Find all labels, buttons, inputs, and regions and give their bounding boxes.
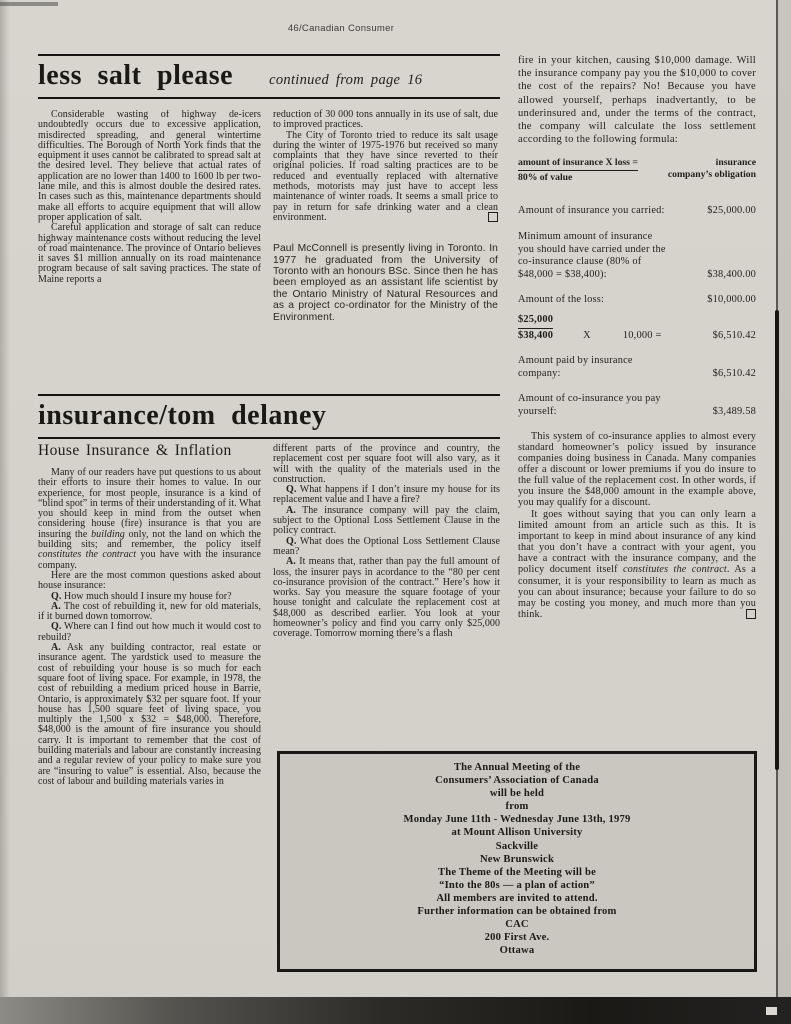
formula-result-line: insurance: [668, 157, 756, 169]
salt-article-title: less salt please: [38, 59, 233, 92]
calc-row: Amount of the loss: $10,000.00: [518, 294, 756, 307]
announcement-line: CAC: [280, 918, 754, 931]
article-paragraph: fire in your kitchen, causing $10,000 da…: [518, 54, 756, 146]
insurance-right-column: fire in your kitchen, causing $10,000 da…: [518, 54, 756, 620]
calc-value: $3,489.58: [713, 406, 756, 419]
answer-paragraph: A. Ask any building contractor, real est…: [38, 643, 261, 787]
announcement-line: All members are invited to attend.: [280, 892, 754, 905]
calc-row: Amount of co-insurance you pay yourself:…: [518, 393, 756, 418]
article-last-paragraph: It goes without saying that you can only…: [518, 509, 756, 621]
insurance-article-subtitle: House Insurance & Inflation: [38, 442, 232, 460]
calc-label: Amount paid by insurance company:: [518, 355, 670, 380]
announcement-line: “Into the 80s — a plan of action”: [280, 879, 754, 892]
article-paragraph: different parts of the province and coun…: [273, 444, 500, 485]
calc-value: $6,510.42: [713, 330, 756, 343]
article-paragraph: It goes without saying that you can only…: [518, 509, 756, 621]
continued-from-note: continued from page 16: [269, 72, 422, 89]
announcement-line: 200 First Ave.: [280, 931, 754, 944]
calc-value: $25,000.00: [707, 205, 756, 218]
formula-denominator: 80% of value: [518, 171, 638, 184]
multiply-sign: X: [583, 330, 591, 343]
question-paragraph: Q. What does the Optional Loss Settlemen…: [273, 537, 500, 558]
article-paragraph: Here are the most common questions asked…: [38, 571, 261, 592]
salt-article-column-2: reduction of 30 000 tons annually in its…: [273, 110, 498, 323]
scan-edge-dark-mark: [775, 310, 779, 770]
scan-corner-mark: [0, 2, 58, 6]
article-paragraph: reduction of 30 000 tons annually in its…: [273, 110, 498, 131]
answer-paragraph: A. The cost of rebuilding it, new for ol…: [38, 602, 261, 623]
article-paragraph: Considerable wasting of highway de-icers…: [38, 110, 261, 223]
calc-label: Amount of the loss:: [518, 294, 670, 307]
announcement-line: Further information can be obtained from: [280, 905, 754, 918]
calc-value: $6,510.42: [713, 368, 756, 381]
insurance-column-2: different parts of the province and coun…: [273, 444, 500, 640]
calc-label: Amount of insurance you carried:: [518, 205, 670, 218]
salt-article-column-1: Considerable wasting of highway de-icers…: [38, 110, 261, 285]
fraction-multiplicand: 10,000 =: [623, 330, 662, 343]
formula-result: insurance company’s obligation: [668, 157, 756, 181]
page-header: 46/Canadian Consumer: [231, 23, 451, 34]
announcement-line: Sackville: [280, 840, 754, 853]
article-last-paragraph: The City of Toronto tried to reduce its …: [273, 131, 498, 224]
insurance-column-1: Many of our readers have put questions t…: [38, 468, 261, 787]
salt-article-header: less salt please continued from page 16: [38, 54, 500, 99]
formula-fraction: amount of insurance X loss = 80% of valu…: [518, 157, 638, 184]
end-of-article-marker: [488, 212, 498, 222]
calc-row: Minimum amount of insurance you should h…: [518, 231, 756, 281]
scan-edge-bottom-band: [0, 997, 791, 1024]
announcement-line: will be held: [280, 787, 754, 800]
question-paragraph: Q. Where can I find out how much it woul…: [38, 622, 261, 643]
calc-row: Amount of insurance you carried: $25,000…: [518, 205, 756, 218]
fraction-numerator: $25,000: [518, 314, 553, 329]
scan-edge-notch: [766, 1007, 777, 1015]
author-bio: Paul McConnell is presently living in To…: [273, 243, 498, 323]
closing-paragraphs: This system of co-insurance applies to a…: [518, 431, 756, 621]
article-paragraph: This system of co-insurance applies to a…: [518, 431, 756, 509]
announcement-line: from: [280, 800, 754, 813]
article-paragraph: Careful application and storage of salt …: [38, 223, 261, 285]
answer-paragraph: A. The insurance company will pay the cl…: [273, 506, 500, 537]
annual-meeting-announcement: The Annual Meeting of the Consumers’ Ass…: [277, 751, 757, 972]
announcement-line: Monday June 11th - Wednesday June 13th, …: [280, 813, 754, 826]
question-paragraph: Q. What happens if I don’t insure my hou…: [273, 485, 500, 506]
calc-fraction: $25,000 $38,400: [518, 314, 553, 342]
fraction-denominator: $38,400: [518, 329, 553, 343]
scan-edge-left-shade: [0, 0, 10, 997]
formula-numerator: amount of insurance X loss =: [518, 157, 638, 171]
insurance-article-header: insurance/tom delaney: [38, 394, 500, 439]
calc-value: $10,000.00: [707, 294, 756, 307]
announcement-line: The Theme of the Meeting will be: [280, 866, 754, 879]
calc-label: Amount of co-insurance you pay yourself:: [518, 393, 670, 418]
co-insurance-formula: amount of insurance X loss = 80% of valu…: [518, 157, 756, 184]
announcement-line: at Mount Allison University: [280, 826, 754, 839]
announcement-line: The Annual Meeting of the: [280, 761, 754, 774]
scan-edge-right-shade: [778, 0, 791, 997]
article-paragraph: The City of Toronto tried to reduce its …: [273, 131, 498, 224]
announcement-line: New Brunswick: [280, 853, 754, 866]
article-paragraph: Many of our readers have put questions t…: [38, 468, 261, 571]
calc-fraction-row: $25,000 $38,400 X 10,000 = $6,510.42: [518, 314, 756, 342]
end-of-article-marker: [746, 609, 756, 619]
calc-value: $38,400.00: [707, 269, 756, 282]
calc-row: Amount paid by insurance company: $6,510…: [518, 355, 756, 380]
announcement-line: Ottawa: [280, 944, 754, 957]
answer-paragraph: A. It means that, rather than pay the fu…: [273, 557, 500, 639]
announcement-line: Consumers’ Association of Canada: [280, 774, 754, 787]
magazine-page: 46/Canadian Consumer less salt please co…: [0, 0, 791, 1024]
formula-result-line: company’s obligation: [668, 169, 756, 181]
calc-label: Minimum amount of insurance you should h…: [518, 231, 670, 281]
insurance-article-title: insurance/tom delaney: [38, 399, 326, 432]
